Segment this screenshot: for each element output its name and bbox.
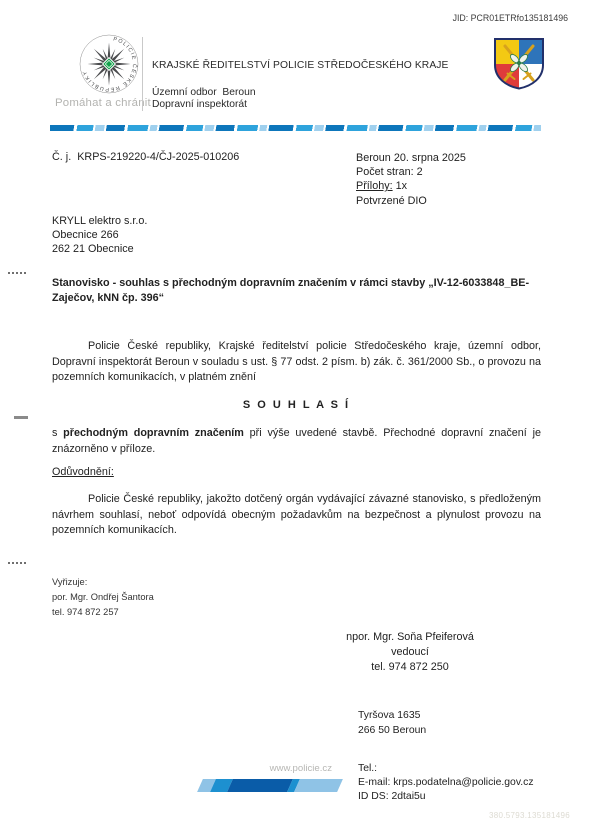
- fold-mark-bottom: [8, 562, 26, 564]
- org-unit-line2: Dopravní inspektorát: [152, 99, 247, 110]
- handler-block: Vyřizuje: por. Mgr. Ondřej Šantora tel. …: [52, 575, 154, 621]
- coat-of-arms-icon: [492, 37, 546, 90]
- handler-label: Vyřizuje:: [52, 575, 154, 590]
- signer-phone: tel. 974 872 250: [322, 660, 498, 675]
- police-motto: Pomáhat a chránit: [55, 97, 151, 109]
- jid-number: JID: PCR01ETRfo135181496: [360, 13, 568, 23]
- body-paragraph-1: Policie České republiky, Krajské ředitel…: [52, 339, 541, 386]
- paragraph-2-bold: přechodným dopravním značením: [63, 427, 244, 439]
- recipient-block: KRYLL elektro s.r.o. Obecnice 266 262 21…: [52, 214, 147, 257]
- footer-stripe-segment: [294, 779, 343, 792]
- footer-city: 266 50 Beroun: [358, 724, 426, 739]
- footer-street: Tyršova 1635: [358, 709, 426, 724]
- org-unit-line1: Územní odbor Beroun: [152, 87, 256, 98]
- signer-title: vedoucí: [322, 645, 498, 660]
- confirmed-dio: Potvrzené DIO: [356, 194, 466, 208]
- header-stripe-bar: [50, 125, 541, 131]
- footer-tel-label: Tel.:: [358, 762, 534, 776]
- body-paragraph-2: s přechodným dopravním značením při výše…: [52, 426, 541, 457]
- place-date: Beroun 20. srpna 2025: [356, 151, 466, 165]
- fold-mark-middle: [14, 416, 28, 419]
- reasoning-heading: Odůvodnění:: [52, 466, 114, 478]
- website-text: www.policie.cz: [218, 763, 332, 774]
- footer-address: Tyršova 1635 266 50 Beroun: [358, 709, 426, 738]
- page-count: Počet stran: 2: [356, 165, 466, 179]
- footer-stripe-bar: [197, 779, 343, 792]
- fold-mark-top: [8, 272, 26, 274]
- signer-name: npor. Mgr. Soňa Pfeiferová: [322, 630, 498, 645]
- attachments-line: Přílohy: 1x: [356, 179, 466, 193]
- org-name: KRAJSKÉ ŘEDITELSTVÍ POLICIE STŘEDOČESKÉH…: [152, 60, 449, 71]
- handler-phone: tel. 974 872 257: [52, 605, 154, 620]
- subject-heading: Stanovisko - souhlas s přechodným doprav…: [52, 276, 541, 306]
- recipient-name: KRYLL elektro s.r.o.: [52, 214, 147, 228]
- case-number: Č. j. KRPS-219220-4/ČJ-2025-010206: [52, 151, 239, 163]
- recipient-city: 262 21 Obecnice: [52, 242, 147, 256]
- header-divider: [142, 37, 143, 111]
- paragraph-2-prefix: s: [52, 427, 63, 439]
- police-emblem-icon: POLICIE ČESKÉ REPUBLIKY: [79, 34, 139, 94]
- attachments-label: Přílohy:: [356, 180, 393, 192]
- footer-dsid: ID DS: 2dtai5u: [358, 790, 534, 804]
- reference-column: Beroun 20. srpna 2025 Počet stran: 2 Pří…: [356, 151, 466, 208]
- footer-email: E-mail: krps.podatelna@policie.gov.cz: [358, 776, 534, 790]
- doc-number-watermark: 380.5793.135181496: [440, 811, 570, 820]
- body-paragraph-3: Policie České republiky, jakožto dotčený…: [52, 492, 541, 539]
- verdict-heading: S O U H L A S Í: [52, 399, 541, 411]
- footer-stripe-segment: [227, 779, 293, 792]
- footer-contact: Tel.: E-mail: krps.podatelna@policie.gov…: [358, 762, 534, 805]
- handler-name: por. Mgr. Ondřej Šantora: [52, 590, 154, 605]
- recipient-street: Obecnice 266: [52, 228, 147, 242]
- signature-block: npor. Mgr. Soňa Pfeiferová vedoucí tel. …: [322, 630, 498, 675]
- attachments-value: 1x: [393, 180, 407, 192]
- document-page: JID: PCR01ETRfo135181496 POL: [0, 0, 591, 838]
